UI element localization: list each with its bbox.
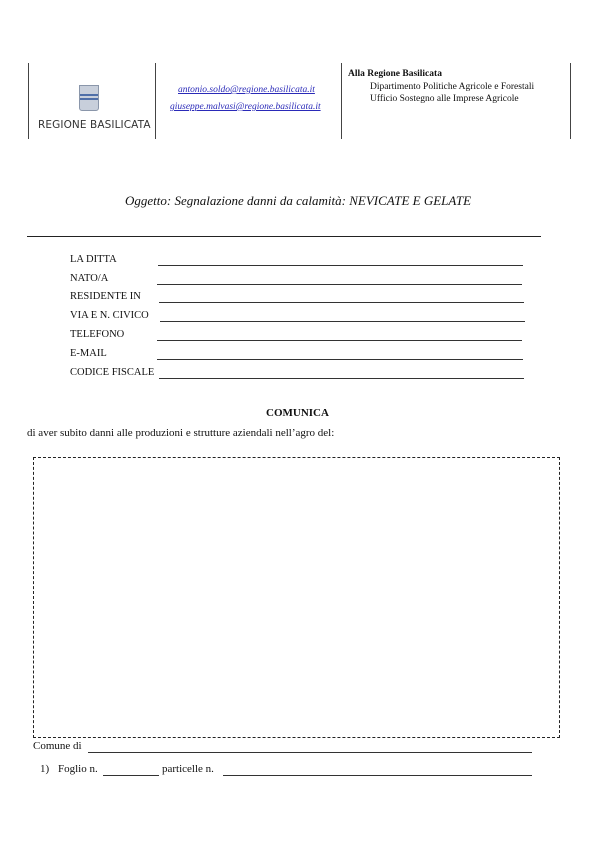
- field-ditta-input[interactable]: [158, 265, 523, 266]
- email-link-malvasi[interactable]: giuseppe.malvasi@regione.basilicata.it: [170, 102, 321, 112]
- foglio-label: Foglio n.: [58, 763, 98, 775]
- field-row-ditta: LA DITTA: [70, 254, 525, 268]
- field-label: VIA E N. CIVICO: [70, 310, 149, 321]
- field-residente-input[interactable]: [159, 302, 524, 303]
- recipient-block: Alla Regione Basilicata Dipartimento Pol…: [348, 68, 534, 106]
- subject-separator: [27, 236, 541, 237]
- header-divider-right: [570, 63, 571, 139]
- field-nato-input[interactable]: [157, 284, 522, 285]
- comune-input[interactable]: [88, 752, 532, 753]
- field-row-codice-fiscale: CODICE FISCALE: [70, 367, 525, 381]
- field-telefono-input[interactable]: [157, 340, 522, 341]
- regione-basilicata-emblem-icon: [79, 85, 99, 111]
- header-divider-emails: [341, 63, 342, 139]
- field-via-input[interactable]: [160, 321, 525, 322]
- damage-description-box[interactable]: [33, 457, 560, 738]
- field-label: E-MAIL: [70, 348, 107, 359]
- field-label: LA DITTA: [70, 254, 117, 265]
- recipient-department: Dipartimento Politiche Agricole e Forest…: [348, 81, 534, 94]
- field-label: NATO/A: [70, 273, 108, 284]
- particelle-input[interactable]: [223, 775, 532, 776]
- comune-label: Comune di: [33, 740, 82, 752]
- field-row-telefono: TELEFONO: [70, 329, 525, 343]
- foglio-input[interactable]: [103, 775, 159, 776]
- email-link-soldo[interactable]: antonio.soldo@regione.basilicata.it: [178, 85, 315, 95]
- parcel-number: 1): [40, 763, 49, 775]
- field-label: TELEFONO: [70, 329, 124, 340]
- field-row-residente: RESIDENTE IN: [70, 291, 525, 305]
- field-row-email: E-MAIL: [70, 348, 525, 362]
- field-email-input[interactable]: [157, 359, 523, 360]
- header-divider-logo: [155, 63, 156, 139]
- subject-title: Oggetto: Segnalazione danni da calamità:…: [125, 193, 471, 209]
- recipient-office: Ufficio Sostegno alle Imprese Agricole: [348, 93, 534, 106]
- comunica-heading: COMUNICA: [266, 407, 329, 419]
- field-row-via: VIA E N. CIVICO: [70, 310, 525, 324]
- logo-text: REGIONE BASILICATA: [38, 119, 151, 131]
- field-codice-fiscale-input[interactable]: [159, 378, 524, 379]
- recipient-title: Alla Regione Basilicata: [348, 69, 442, 79]
- header-divider-left: [28, 63, 29, 139]
- particelle-label: particelle n.: [162, 763, 214, 775]
- comunica-text: di aver subito danni alle produzioni e s…: [27, 427, 334, 439]
- field-row-nato: NATO/A: [70, 273, 525, 287]
- field-label: CODICE FISCALE: [70, 367, 154, 378]
- field-label: RESIDENTE IN: [70, 291, 141, 302]
